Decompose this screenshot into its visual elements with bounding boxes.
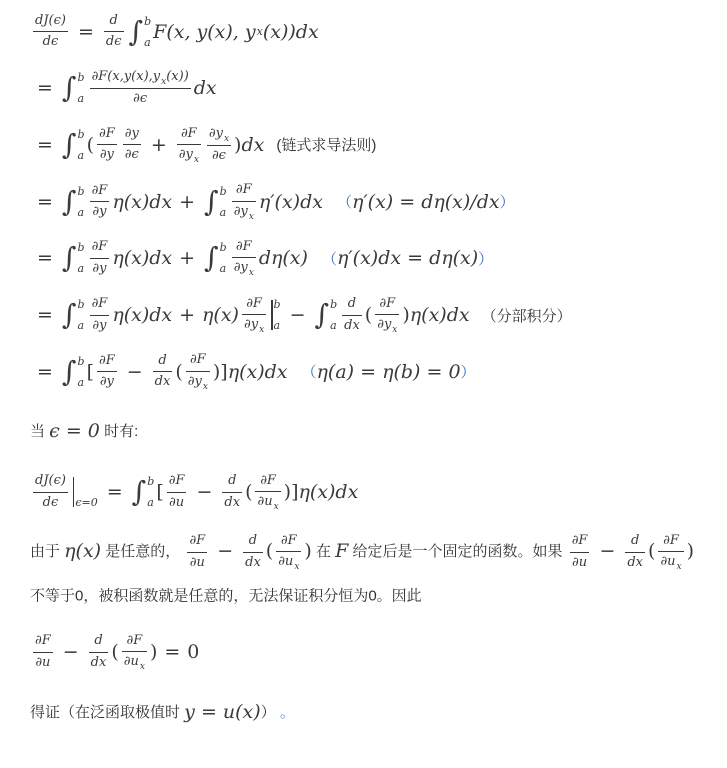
math-run: ∂F: [99, 353, 115, 368]
equation-line-7: =∫ba[∂F∂y−ddx(∂F∂yx)]η(x)dx（η(a) = η(b) …: [30, 351, 711, 392]
cjk-text: 当: [30, 423, 49, 440]
document-page: dJ(ϵ)dϵ=ddϵ∫baF(x, y(x), yx(x))dx=∫ba∂F(…: [0, 0, 727, 768]
cjk-punctuation-blue: 。: [280, 704, 295, 721]
math-run: (: [111, 641, 118, 663]
math-run: [: [156, 481, 163, 503]
math-run: )]: [213, 361, 228, 383]
math-run: η(x): [64, 540, 101, 562]
fraction-bar: [232, 257, 256, 258]
fraction-numerator: ∂F: [124, 632, 144, 650]
fraction: ∂F∂y: [90, 295, 110, 335]
integral: ∫ba: [132, 475, 155, 509]
fraction-numerator: ∂F(x,y(x),yx(x)): [90, 68, 191, 87]
math-run: ∂F: [260, 473, 276, 488]
math-run: dx: [241, 134, 264, 156]
math-run: η(x): [202, 304, 239, 326]
cjk-punctuation-blue: ）: [461, 361, 476, 382]
cjk-text: （分部积分）: [482, 305, 572, 326]
fraction-numerator: ∂y: [123, 125, 141, 143]
math-run: dx: [344, 317, 360, 332]
fraction-bar: [33, 31, 68, 32]
fraction: ∂F∂yx: [242, 295, 266, 336]
math-run: ): [304, 540, 311, 562]
fraction-numerator: ∂F: [234, 238, 254, 256]
math-run: d: [631, 533, 639, 548]
math-run: η(x)dx: [228, 361, 288, 383]
fraction-denominator: dx: [222, 494, 242, 512]
fraction-denominator: ∂ux: [122, 653, 147, 672]
equation-line-2: =∫ba∂F(x,y(x),yx(x))∂ϵdx: [30, 68, 711, 109]
fraction: ddϵ: [104, 12, 124, 52]
math-run: ϵ = 0: [49, 420, 100, 442]
fraction-denominator: dϵ: [41, 33, 61, 51]
math-run: ∂y: [92, 317, 106, 332]
cjk-punctuation-blue: （: [302, 361, 317, 382]
fraction-numerator: d: [226, 472, 238, 490]
fraction: ∂F∂ux: [255, 472, 280, 513]
fraction-denominator: ∂ϵ: [131, 90, 149, 108]
fraction-bar: [104, 31, 124, 32]
math-run: )]: [284, 481, 299, 503]
math-run: ∂y: [100, 374, 114, 389]
integral: ∫ba: [204, 185, 227, 219]
fraction: ∂F∂u: [167, 472, 187, 512]
integral: ∫ba: [129, 15, 152, 49]
cjk-text: 由于: [30, 543, 64, 560]
content: dJ(ϵ)dϵ=ddϵ∫baF(x, y(x), yx(x))dx=∫ba∂F(…: [30, 12, 711, 736]
text-line-when-epsilon-zero: 当 ϵ = 0 时有:: [30, 408, 711, 456]
math-run: dx: [245, 555, 261, 570]
math-operator: =: [37, 191, 53, 213]
math-operator: −: [196, 481, 212, 503]
math-subscript: x: [274, 502, 279, 512]
fraction-bar: [167, 492, 187, 493]
math-run: dϵ: [43, 494, 59, 509]
math-run: η(a) = η(b) = 0: [317, 361, 461, 383]
math-run: ∂u: [124, 654, 139, 669]
math-run: ∂F: [126, 633, 142, 648]
math-run: d: [249, 533, 257, 548]
equation-line-8: dJ(ϵ)dϵϵ=0=∫ba[∂F∂u−ddx(∂F∂ux)]η(x)dx: [30, 472, 711, 513]
fraction-bar: [342, 315, 362, 316]
fraction-denominator: dϵ: [104, 33, 124, 51]
math-run: ∂y: [209, 125, 223, 140]
fraction-bar: [97, 371, 117, 372]
math-run: ∂y: [179, 147, 193, 162]
math-run: η′(x) = dη(x)/dx: [352, 191, 500, 213]
fraction: ∂F∂u: [33, 632, 53, 672]
math-run: ∂F: [236, 182, 252, 197]
math-subscript: x: [203, 382, 208, 392]
fraction-denominator: ∂ϵ: [210, 147, 228, 165]
math-run: ∂F: [181, 125, 197, 140]
math-operator: =: [164, 641, 180, 663]
math-run: dx: [155, 374, 171, 389]
math-run: ): [402, 304, 409, 326]
fraction: ∂yx∂ϵ: [207, 125, 231, 166]
math-run: ∂y: [92, 261, 106, 276]
math-run: η(x)dx: [299, 481, 359, 503]
math-run: ∂y: [377, 317, 391, 332]
fraction-bar: [243, 552, 263, 553]
fraction: ∂F∂u: [570, 532, 590, 572]
fraction-denominator: ∂ux: [658, 553, 683, 572]
math-run: ∂y: [244, 317, 258, 332]
integral-sign-icon: ∫: [132, 475, 147, 509]
fraction-numerator: dJ(ϵ): [33, 472, 68, 490]
fraction-denominator: dx: [625, 554, 645, 572]
fraction-numerator: ∂F: [244, 295, 264, 313]
fraction-numerator: d: [156, 352, 168, 370]
math-run: dϵ: [43, 34, 59, 49]
fraction-bar: [90, 258, 110, 259]
fraction-bar: [123, 144, 141, 145]
integral: ∫ba: [204, 241, 227, 275]
fraction-denominator: dx: [153, 373, 173, 391]
cjk-punctuation-blue: （: [337, 191, 352, 212]
math-run: ∂F: [99, 126, 115, 141]
equation-line-3: =∫ba(∂F∂y∂y∂ϵ+∂F∂yx∂yx∂ϵ)dx(链式求导法则): [30, 125, 711, 166]
fraction-denominator: ∂yx: [232, 203, 256, 222]
fraction-denominator: ∂yx: [242, 316, 266, 335]
math-run: d: [158, 353, 166, 368]
math-run: ∂F: [169, 473, 185, 488]
fraction-bar: [90, 88, 191, 89]
fraction-numerator: ∂F: [90, 182, 110, 200]
math-operator: =: [37, 304, 53, 326]
fraction-denominator: ∂ϵ: [123, 146, 141, 164]
math-run: η(x)dx: [112, 304, 172, 326]
fraction-denominator: ∂yx: [186, 373, 210, 392]
fraction-denominator: ∂y: [98, 146, 116, 164]
fraction-bar: [658, 551, 683, 552]
cjk-text: 在: [312, 543, 335, 560]
fraction-denominator: ∂y: [90, 317, 108, 335]
fraction-bar: [33, 652, 53, 653]
fraction-bar: [232, 201, 256, 202]
cjk-text: 是任意的，: [101, 543, 184, 560]
math-run: y = u(x): [184, 701, 261, 723]
fraction: ddx: [243, 532, 263, 572]
math-run: dx: [194, 77, 217, 99]
fraction: ∂F∂y: [97, 352, 117, 392]
fraction: ∂y∂ϵ: [123, 125, 141, 165]
math-run: ∂u: [278, 554, 293, 569]
fraction-bar: [570, 552, 590, 553]
integral-sign-icon: ∫: [62, 355, 77, 389]
math-run: ∂y: [234, 204, 248, 219]
math-run: η(x)dx: [410, 304, 470, 326]
math-run: η(x)dx: [112, 191, 172, 213]
fraction-denominator: ∂ux: [276, 553, 301, 572]
math-run: (x))dx: [263, 21, 319, 43]
math-run: ∂y: [188, 374, 202, 389]
math-run: ): [150, 641, 157, 663]
vertical-bar-icon: [271, 300, 272, 330]
fraction-bar: [33, 492, 68, 493]
fraction: ∂F∂u: [187, 532, 207, 572]
fraction-numerator: ∂F: [279, 532, 299, 550]
fraction: ∂F∂y: [90, 182, 110, 222]
fraction-numerator: d: [346, 295, 358, 313]
cjk-punctuation-blue: （: [322, 248, 337, 269]
fraction: ddx: [89, 632, 109, 672]
fraction-numerator: ∂F: [90, 238, 110, 256]
fraction-numerator: d: [629, 532, 641, 550]
math-operator: =: [107, 481, 123, 503]
fraction-numerator: ∂F: [97, 125, 117, 143]
fraction-denominator: ∂y: [98, 373, 116, 391]
fraction-bar: [90, 201, 110, 202]
math-subscript: x: [259, 325, 264, 335]
math-operator: +: [151, 134, 167, 156]
fraction: ∂F∂yx: [375, 295, 399, 336]
fraction-numerator: ∂F: [661, 532, 681, 550]
math-operator: −: [599, 540, 615, 562]
math-run: dJ(ϵ): [35, 473, 66, 488]
fraction-numerator: ∂F: [167, 472, 187, 490]
math-run: dx: [627, 555, 643, 570]
fraction-numerator: ∂F: [33, 632, 53, 650]
math-operator: =: [37, 77, 53, 99]
math-operator: −: [217, 540, 233, 562]
fraction: ddx: [342, 295, 362, 335]
math-run: ∂u: [660, 554, 675, 569]
math-run: ∂F: [663, 533, 679, 548]
fraction-numerator: d: [247, 532, 259, 550]
math-run: (: [245, 481, 252, 503]
fraction: ∂F∂y: [90, 238, 110, 278]
evaluation-bar: ba: [271, 298, 280, 332]
integral: ∫ba: [62, 355, 85, 389]
math-run: ∂F(x,y(x),y: [92, 69, 161, 84]
math-run: ∂ϵ: [133, 91, 147, 106]
math-run: 0: [187, 641, 199, 663]
fraction-bar: [187, 552, 207, 553]
equation-line-4: =∫ba∂F∂yη(x)dx+∫ba∂F∂yxη′(x)dx（η′(x) = d…: [30, 181, 711, 222]
fraction: ∂F∂yx: [186, 351, 210, 392]
math-run: dx: [91, 655, 107, 670]
equation-line-9: ∂F∂u−ddx(∂F∂ux)=0: [30, 632, 711, 673]
fraction-bar: [375, 314, 399, 315]
fraction-bar: [90, 315, 110, 316]
cjk-punctuation-blue: ）: [500, 191, 515, 212]
equation-line-6: =∫ba∂F∂yη(x)dx+η(x)∂F∂yxba−∫baddx(∂F∂yx)…: [30, 295, 711, 336]
fraction-numerator: d: [108, 12, 120, 30]
integral: ∫ba: [62, 298, 85, 332]
text-line-qed: 得证（在泛函取极值时 y = u(x)） 。: [30, 689, 711, 737]
fraction: ddx: [625, 532, 645, 572]
math-run: (: [266, 540, 273, 562]
math-run: ∂u: [190, 555, 205, 570]
evaluation-bar: ϵ=0: [73, 475, 98, 509]
fraction: ddx: [153, 352, 173, 392]
integral: ∫ba: [315, 298, 338, 332]
math-run: ∂F: [236, 239, 252, 254]
cjk-text: 时有:: [100, 423, 138, 440]
fraction-bar: [186, 371, 210, 372]
math-run: ): [234, 134, 241, 156]
fraction-numerator: ∂F: [97, 352, 117, 370]
integral-sign-icon: ∫: [315, 298, 330, 332]
math-run: ∂y: [92, 204, 106, 219]
math-run: ): [687, 540, 694, 562]
fraction: ∂F∂ux: [122, 632, 147, 673]
fraction: ddx: [222, 472, 242, 512]
math-run: η(x)dx: [112, 247, 172, 269]
fraction: dJ(ϵ)dϵ: [33, 12, 68, 52]
fraction-numerator: ∂F: [234, 181, 254, 199]
fraction-denominator: ∂u: [188, 554, 207, 572]
math-operator: =: [37, 361, 53, 383]
math-run: F(x, y(x), y: [153, 21, 255, 43]
math-operator: −: [290, 304, 306, 326]
fraction-bar: [97, 144, 117, 145]
fraction-bar: [222, 492, 242, 493]
math-run: ∂F: [379, 296, 395, 311]
equation-line-1: dJ(ϵ)dϵ=ddϵ∫baF(x, y(x), yx(x))dx: [30, 12, 711, 52]
integral-sign-icon: ∫: [62, 71, 77, 105]
vertical-bar-icon: [73, 477, 74, 507]
fraction: ∂F(x,y(x),yx(x))∂ϵ: [90, 68, 191, 109]
fraction-denominator: ∂u: [570, 554, 589, 572]
math-run: ∂F: [572, 533, 588, 548]
fraction-denominator: ∂ux: [255, 493, 280, 512]
math-run: ∂ϵ: [212, 148, 226, 163]
fraction-denominator: ∂y: [90, 203, 108, 221]
cjk-text: 不等于0，被积函数就是任意的，无法保证积分恒为0。因此: [30, 588, 422, 605]
math-operator: −: [63, 641, 79, 663]
math-run: d: [228, 473, 236, 488]
math-run: F: [335, 540, 348, 562]
fraction-bar: [153, 371, 173, 372]
cjk-text: ）: [261, 704, 280, 721]
math-run: (: [365, 304, 372, 326]
fraction-denominator: dx: [89, 654, 109, 672]
equation-line-5: =∫ba∂F∂yη(x)dx+∫ba∂F∂yxdη(x)（η′(x)dx = d…: [30, 238, 711, 279]
fraction-denominator: ∂yx: [177, 146, 201, 165]
fraction-numerator: ∂F: [570, 532, 590, 550]
math-run: η′(x)dx = dη(x): [337, 247, 478, 269]
math-run: (: [175, 361, 182, 383]
fraction-bar: [177, 144, 201, 145]
fraction-numerator: ∂F: [90, 295, 110, 313]
math-subscript: x: [140, 662, 145, 672]
fraction: ∂F∂yx: [232, 181, 256, 222]
math-run: ∂F: [246, 296, 262, 311]
fraction-numerator: ∂F: [258, 472, 278, 490]
integral-sign-icon: ∫: [62, 241, 77, 275]
math-run: ∂u: [35, 655, 50, 670]
math-run: d: [94, 633, 102, 648]
math-run: ∂y: [234, 260, 248, 275]
math-subscript: x: [392, 325, 397, 335]
cjk-text: (链式求导法则): [276, 134, 376, 155]
math-run: ∂F: [92, 183, 108, 198]
fraction-numerator: d: [92, 632, 104, 650]
fraction: dJ(ϵ)dϵ: [33, 472, 68, 512]
fraction-denominator: dϵ: [41, 494, 61, 512]
math-run: ∂F: [190, 352, 206, 367]
math-subscript: x: [294, 562, 299, 572]
math-run: dϵ: [106, 34, 122, 49]
cjk-text: 给定后是一个固定的函数。如果: [348, 543, 566, 560]
integral-sign-icon: ∫: [62, 128, 77, 162]
fraction-denominator: dx: [243, 554, 263, 572]
math-operator: =: [78, 21, 94, 43]
fraction: ∂F∂y: [97, 125, 117, 165]
fraction: ∂F∂yx: [232, 238, 256, 279]
math-operator: =: [37, 134, 53, 156]
math-subscript: x: [249, 212, 254, 222]
math-operator: =: [37, 247, 53, 269]
fraction-bar: [89, 652, 109, 653]
math-subscript: x: [224, 134, 229, 144]
math-run: (x)): [166, 69, 189, 84]
integral-sign-icon: ∫: [204, 241, 219, 275]
math-run: (: [648, 540, 655, 562]
fraction-numerator: dJ(ϵ): [33, 12, 68, 30]
integral-sign-icon: ∫: [62, 185, 77, 219]
math-run: ∂F: [92, 239, 108, 254]
integral: ∫ba: [62, 71, 85, 105]
math-run: (: [87, 134, 94, 156]
integral-sign-icon: ∫: [62, 298, 77, 332]
fraction-numerator: ∂F: [179, 125, 199, 143]
fraction-bar: [625, 552, 645, 553]
math-run: ∂F: [281, 533, 297, 548]
fraction-bar: [255, 491, 280, 492]
math-run: ∂F: [35, 633, 51, 648]
fraction-denominator: ∂u: [33, 654, 52, 672]
fraction-numerator: ∂F: [187, 532, 207, 550]
integral-sign-icon: ∫: [204, 185, 219, 219]
math-run: dη(x): [259, 247, 308, 269]
fraction: ∂F∂ux: [276, 532, 301, 573]
fraction-denominator: dx: [342, 317, 362, 335]
fraction: ∂F∂ux: [658, 532, 683, 573]
fraction: ∂F∂yx: [177, 125, 201, 166]
math-run: ∂ϵ: [125, 147, 139, 162]
fraction-numerator: ∂F: [377, 295, 397, 313]
math-run: η′(x)dx: [259, 191, 323, 213]
integral: ∫ba: [62, 241, 85, 275]
math-run: ∂F: [189, 533, 205, 548]
math-operator: −: [127, 361, 143, 383]
math-run: ∂y: [125, 126, 139, 141]
math-run: dx: [224, 494, 240, 509]
fraction-bar: [276, 551, 301, 552]
fraction-bar: [242, 314, 266, 315]
fraction-denominator: ∂u: [167, 494, 186, 512]
math-run: ∂F: [92, 296, 108, 311]
paragraph-eta-arbitrary: 由于 η(x) 是任意的， ∂F∂u−ddx(∂F∂ux) 在 F 给定后是一个…: [30, 528, 711, 616]
math-run: [: [87, 361, 94, 383]
math-subscript: x: [249, 268, 254, 278]
integral-sign-icon: ∫: [129, 15, 144, 49]
integral: ∫ba: [62, 128, 85, 162]
math-run: ∂u: [257, 494, 272, 509]
fraction-bar: [207, 145, 231, 146]
cjk-punctuation-blue: ）: [478, 248, 493, 269]
math-run: ∂u: [169, 494, 184, 509]
math-operator: +: [179, 247, 195, 269]
math-run: d: [348, 296, 356, 311]
fraction-denominator: ∂yx: [375, 316, 399, 335]
integral: ∫ba: [62, 185, 85, 219]
fraction-numerator: ∂F: [188, 351, 208, 369]
fraction-denominator: ∂y: [90, 260, 108, 278]
